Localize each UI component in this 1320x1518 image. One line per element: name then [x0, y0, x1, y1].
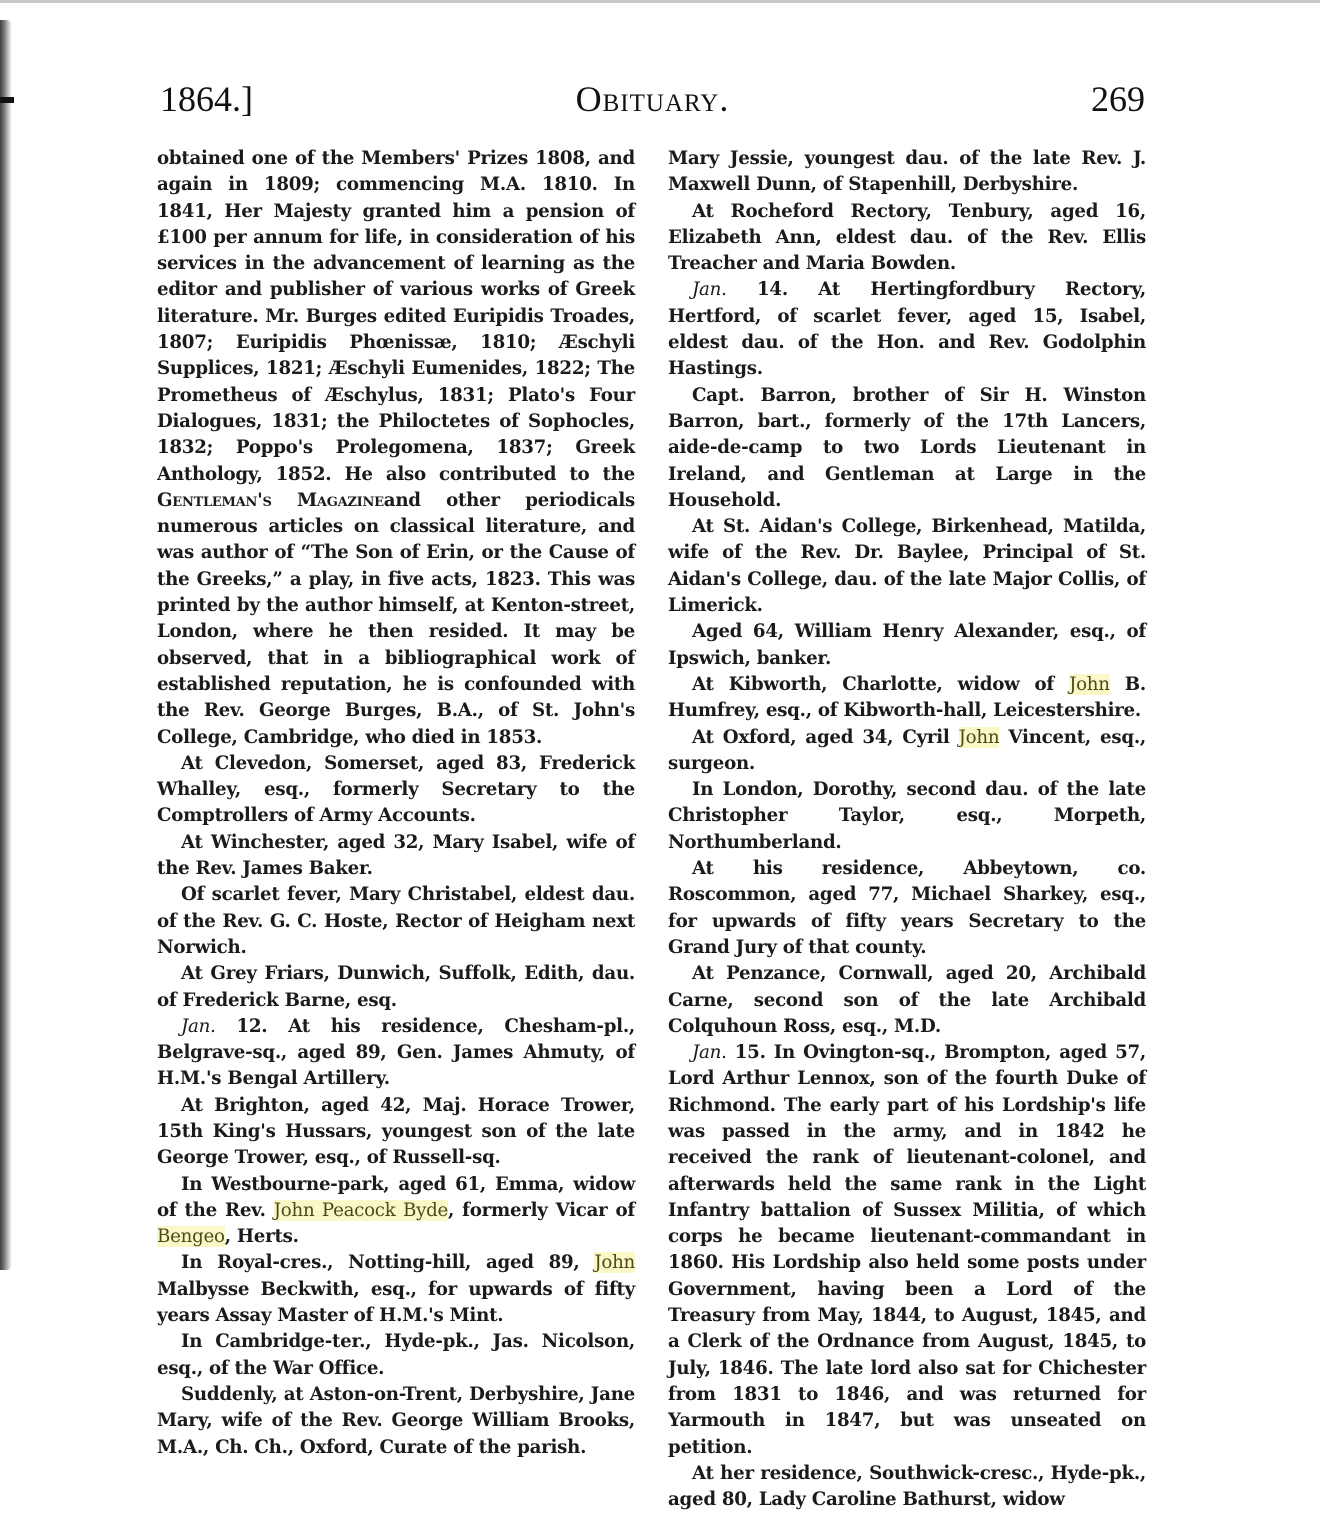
obituary-entry-highlighted: At Oxford, aged 34, Cyril John Vincent, …	[668, 725, 1146, 778]
obituary-entry: At his residence, Abbeytown, co. Roscomm…	[668, 856, 1146, 961]
search-highlight[interactable]: John	[594, 1252, 635, 1273]
obituary-entry-dated: Jan. 12. At his residence, Chesham-pl., …	[157, 1014, 635, 1093]
paragraph-text: , formerly Vicar of	[448, 1200, 635, 1221]
obituary-entry: Aged 64, William Henry Alexander, esq., …	[668, 619, 1146, 672]
date-number: 14.	[727, 279, 788, 300]
paragraph-text: Malbysse Beckwith, esq., for upwards of …	[157, 1279, 635, 1326]
obituary-entry: At Brighton, aged 42, Maj. Horace Trower…	[157, 1093, 635, 1172]
obituary-entry: Of scarlet fever, Mary Christabel, eldes…	[157, 882, 635, 961]
paragraph-text: and other periodicals numerous articles …	[157, 490, 635, 748]
obituary-entry: Suddenly, at Aston-on-Trent, Derbyshire,…	[157, 1382, 635, 1461]
date-number: 12.	[216, 1016, 268, 1037]
obituary-entry: At Rocheford Rectory, Tenbury, aged 16, …	[668, 199, 1146, 278]
search-highlight[interactable]: John	[1069, 674, 1110, 695]
right-column: Mary Jessie, youngest dau. of the late R…	[668, 146, 1146, 1513]
obituary-entry: In London, Dorothy, second dau. of the l…	[668, 777, 1146, 856]
search-highlight[interactable]: John Peacock Byde	[274, 1200, 448, 1221]
obituary-entry-highlighted: At Kibworth, Charlotte, widow of John B.…	[668, 672, 1146, 725]
running-head: 1864.] Obituary. 269	[160, 78, 1145, 128]
date-number: 15.	[727, 1042, 766, 1063]
obituary-entry: In Cambridge-ter., Hyde-pk., Jas. Nicols…	[157, 1329, 635, 1382]
paragraph-text: In Royal-cres., Notting-hill, aged 89,	[181, 1252, 594, 1273]
obituary-entry: At Penzance, Cornwall, aged 20, Archibal…	[668, 961, 1146, 1040]
obituary-entry: At St. Aidan's College, Birkenhead, Mati…	[668, 514, 1146, 619]
date-label: Jan.	[692, 279, 727, 300]
obituary-entry-dated: Jan. 14. At Hertingfordbury Rectory, Her…	[668, 277, 1146, 382]
date-label: Jan.	[692, 1042, 727, 1063]
obituary-entry: Capt. Barron, brother of Sir H. Winston …	[668, 383, 1146, 514]
book-spine-shadow	[0, 20, 12, 1270]
paragraph-text: , Herts.	[225, 1226, 299, 1247]
search-highlight[interactable]: John	[959, 727, 1000, 748]
paragraph-text: At Oxford, aged 34, Cyril	[692, 727, 959, 748]
obituary-continuation-burges: obtained one of the Members' Prizes 1808…	[157, 146, 635, 751]
obituary-entry: At her residence, Southwick-cresc., Hyde…	[668, 1461, 1146, 1514]
obituary-entry: At Winchester, aged 32, Mary Isabel, wif…	[157, 830, 635, 883]
running-head-title: Obituary.	[160, 78, 1145, 120]
paragraph-text: In Ovington-sq., Brompton, aged 57, Lord…	[668, 1042, 1146, 1457]
paragraph-text: At Kibworth, Charlotte, widow of	[692, 674, 1069, 695]
obituary-entry: At Grey Friars, Dunwich, Suffolk, Edith,…	[157, 961, 635, 1014]
viewer-top-border	[0, 0, 1320, 3]
obituary-entry-dated: Jan. 15. In Ovington-sq., Brompton, aged…	[668, 1040, 1146, 1461]
left-column: obtained one of the Members' Prizes 1808…	[157, 146, 635, 1461]
spine-mark	[0, 97, 14, 103]
paragraph-text: obtained one of the Members' Prizes 1808…	[157, 148, 635, 485]
magazine-title: Gentleman's Magazine	[157, 490, 384, 511]
date-label: Jan.	[181, 1016, 216, 1037]
obituary-entry: At Clevedon, Somerset, aged 83, Frederic…	[157, 751, 635, 830]
obituary-continuation: Mary Jessie, youngest dau. of the late R…	[668, 146, 1146, 199]
search-highlight[interactable]: Bengeo	[157, 1226, 225, 1247]
page-number: 269	[1091, 78, 1145, 120]
obituary-entry-highlighted: In Westbourne-park, aged 61, Emma, widow…	[157, 1172, 635, 1251]
obituary-entry-highlighted: In Royal-cres., Notting-hill, aged 89, J…	[157, 1250, 635, 1329]
